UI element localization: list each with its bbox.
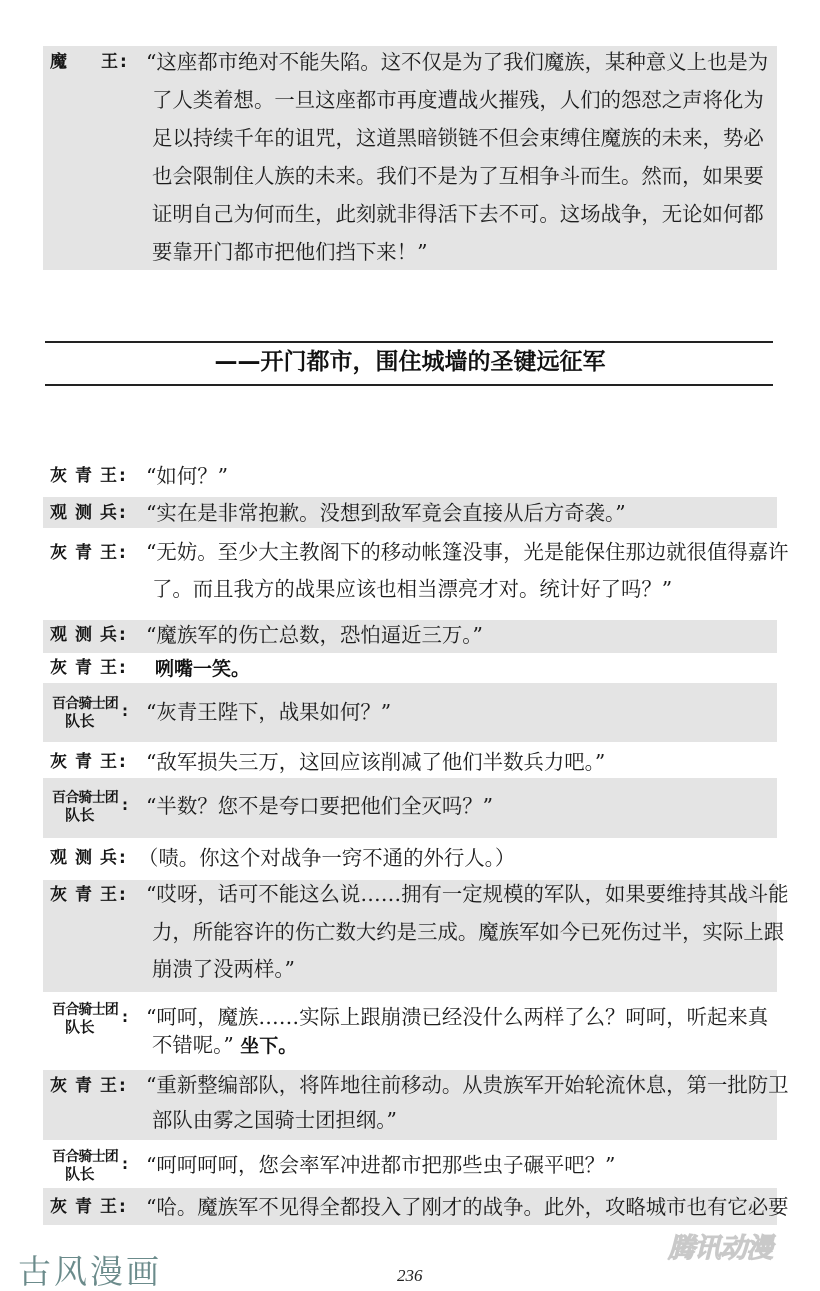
speaker-label: 百合骑士团 队长 :	[50, 696, 130, 730]
text-line: 了。而且我方的战果应该也相当漂亮才对。统计好了吗？”	[146, 571, 789, 608]
dialogue-row: 灰青王: “无妨。至少大主教阁下的移动帐篷没事，光是能保住那边就很值得嘉许 了。…	[43, 528, 777, 620]
speaker-label: 百合骑士团 队长 :	[50, 1002, 130, 1036]
text-line: “半数？您不是夸口要把他们全灭吗？”	[146, 788, 493, 824]
dialogue-row: 灰青王: “如何？”	[43, 458, 777, 495]
speaker-colon: :	[119, 503, 126, 523]
speaker-name-line1: 百合骑士团	[52, 696, 118, 712]
section-title: ——开门都市，围住城墙的圣键远征军	[43, 348, 777, 376]
text-line: 要靠开门都市把他们挡下来！”	[146, 233, 768, 271]
speaker-name-line1: 百合骑士团	[52, 1002, 118, 1018]
speaker-label: 灰青王:	[50, 884, 126, 906]
speaker-name: 灰青王	[50, 1076, 125, 1096]
speaker-colon: :	[119, 848, 126, 868]
speaker-label: 灰青王:	[50, 1075, 126, 1097]
speaker-label: 观测兵:	[50, 502, 126, 524]
speaker-label: 观测兵:	[50, 847, 126, 869]
speaker-colon: :	[122, 1155, 128, 1173]
speaker-label: 灰青王:	[50, 657, 126, 679]
text-line-content: 不错呢。”	[152, 1033, 234, 1057]
speaker-name: 灰青王	[50, 885, 125, 905]
dialogue-text: 咧嘴一笑。	[155, 650, 250, 687]
speaker-label: 灰青王:	[50, 465, 126, 487]
speaker-name: 灰青王	[50, 543, 125, 563]
dialogue-text: “哎呀，话可不能这么说……拥有一定规模的军队，如果要维持其战斗能 力，所能容许的…	[146, 876, 789, 989]
speaker-label: 灰青王:	[50, 751, 126, 773]
dialogue-row: 灰青王: 咧嘴一笑。	[43, 653, 777, 683]
dialogue-text: “敌军损失三万，这回应该削减了他们半数兵力吧。”	[146, 744, 605, 780]
dialogue-text: “半数？您不是夸口要把他们全灭吗？”	[146, 788, 493, 824]
text-line: 崩溃了没两样。”	[146, 951, 789, 989]
dialogue-row: 观测兵: “实在是非常抱歉。没想到敌军竟会直接从后方奇袭。”	[43, 497, 777, 528]
dialogue-text: “灰青王陛下，战果如何？”	[146, 694, 391, 730]
speaker-colon: :	[119, 1197, 126, 1217]
text-line: 了人类着想。一旦这座都市再度遭战火摧残，人们的怨怼之声将化为	[146, 81, 768, 119]
speaker-label: 百合骑士团 队长 :	[50, 1149, 130, 1183]
dialogue-text: “无妨。至少大主教阁下的移动帐篷没事，光是能保住那边就很值得嘉许 了。而且我方的…	[146, 534, 789, 608]
book-page: 魔王: “这座都市绝对不能失陷。这不仅是为了我们魔族，某种意义上也是为 了人类着…	[0, 0, 820, 1291]
speaker-label: 百合骑士团 队长 :	[50, 790, 130, 824]
speaker-colon: :	[122, 796, 128, 814]
speaker-colon: :	[119, 885, 126, 905]
speaker-colon: :	[119, 658, 126, 678]
text-line: （啧。你这个对战争一窍不通的外行人。）	[138, 840, 515, 876]
speaker-name-line2: 队长	[65, 1166, 94, 1182]
dialogue-text: “魔族军的伤亡总数，恐怕逼近三万。”	[146, 617, 483, 653]
speaker-colon: :	[122, 702, 128, 720]
section-rule-top	[45, 341, 773, 343]
text-line: “敌军损失三万，这回应该削减了他们半数兵力吧。”	[146, 744, 605, 780]
dialogue-row: 百合骑士团 队长 : “灰青王陛下，战果如何？”	[43, 683, 777, 742]
speaker-name: 灰青王	[50, 466, 125, 486]
text-line: 足以持续千年的诅咒，这道黑暗锁链不但会束缚住魔族的未来，势必	[146, 119, 768, 157]
text-line: 不错呢。” 坐下。	[146, 1031, 768, 1060]
text-line: 也会限制住人族的未来。我们不是为了互相争斗而生。然而，如果要	[146, 157, 768, 195]
dialogue-text: “实在是非常抱歉。没想到敌军竟会直接从后方奇袭。”	[146, 495, 626, 531]
dialogue-row: 观测兵: （啧。你这个对战争一窍不通的外行人。）	[43, 838, 777, 880]
speaker-colon: :	[119, 466, 126, 486]
speaker-name: 观测兵	[50, 625, 125, 645]
speaker-name: 观测兵	[50, 848, 125, 868]
speaker-name: 灰青王	[50, 658, 125, 678]
watermark-gufeng: 古风漫画	[18, 1252, 162, 1291]
text-line: “实在是非常抱歉。没想到敌军竟会直接从后方奇袭。”	[146, 495, 626, 531]
dialogue-text: “呵呵，魔族……实际上跟崩溃已经没什么两样了么？呵呵，听起来真 不错呢。” 坐下…	[146, 1003, 768, 1060]
text-line: “魔族军的伤亡总数，恐怕逼近三万。”	[146, 617, 483, 653]
text-line: “无妨。至少大主教阁下的移动帐篷没事，光是能保住那边就很值得嘉许	[146, 534, 789, 571]
text-line: “呵呵呵呵，您会率军冲进都市把那些虫子碾平吧？”	[146, 1147, 615, 1183]
speaker-colon: :	[119, 752, 126, 772]
speaker-colon: :	[122, 1008, 128, 1026]
dialogue-row: 灰青王: “哎呀，话可不能这么说……拥有一定规模的军队，如果要维持其战斗能 力，…	[43, 880, 777, 992]
speaker-name-line1: 百合骑士团	[52, 1149, 118, 1165]
text-line: “灰青王陛下，战果如何？”	[146, 694, 391, 730]
dialogue-row: 百合骑士团 队长 : “呵呵呵呵，您会率军冲进都市把那些虫子碾平吧？”	[43, 1140, 777, 1188]
speaker-label: 观测兵:	[50, 624, 126, 646]
text-line: “哎呀，话可不能这么说……拥有一定规模的军队，如果要维持其战斗能	[146, 876, 789, 914]
text-line: “哈。魔族军不见得全都投入了刚才的战争。此外，攻略城市也有它必要	[146, 1189, 789, 1225]
speaker-name: 观测兵	[50, 503, 125, 523]
watermark-tencent-comics: 腾讯动漫	[668, 1233, 772, 1265]
speaker-name: 灰青王	[50, 1197, 125, 1217]
dialogue-text: “重新整编部队，将阵地往前移动。从贵族军开始轮流休息，第一批防卫 部队由雾之国骑…	[146, 1068, 789, 1138]
dialogue-text: “这座都市绝对不能失陷。这不仅是为了我们魔族，某种意义上也是为 了人类着想。一旦…	[146, 43, 768, 271]
dialogue-text: （啧。你这个对战争一窍不通的外行人。）	[138, 840, 515, 876]
speaker-label: 魔王:	[50, 51, 127, 73]
text-line: “这座都市绝对不能失陷。这不仅是为了我们魔族，某种意义上也是为	[146, 43, 768, 81]
text-line: 部队由雾之国骑士团担纲。”	[146, 1103, 789, 1138]
text-line: “呵呵，魔族……实际上跟崩溃已经没什么两样了么？呵呵，听起来真	[146, 1003, 768, 1031]
dialogue-row: 百合骑士团 队长 : “呵呵，魔族……实际上跟崩溃已经没什么两样了么？呵呵，听起…	[43, 992, 777, 1070]
speaker-label: 灰青王:	[50, 542, 126, 564]
speaker-name-line2: 队长	[65, 713, 94, 729]
speaker-colon: :	[119, 1076, 126, 1096]
stage-direction: 咧嘴一笑。	[155, 658, 250, 680]
dialogue-row: 灰青王: “敌军损失三万，这回应该削减了他们半数兵力吧。”	[43, 742, 777, 778]
intro-dialogue-block: 魔王: “这座都市绝对不能失陷。这不仅是为了我们魔族，某种意义上也是为 了人类着…	[43, 46, 777, 270]
dialogue-row: 百合骑士团 队长 : “半数？您不是夸口要把他们全灭吗？”	[43, 778, 777, 838]
speaker-colon: :	[119, 625, 126, 645]
page-number: 236	[397, 1266, 423, 1286]
dialogue-row: 灰青王: “哈。魔族军不见得全都投入了刚才的战争。此外，攻略城市也有它必要	[43, 1188, 777, 1225]
text-line: 力，所能容许的伤亡数大约是三成。魔族军如今已死伤过半，实际上跟	[146, 914, 789, 952]
speaker-colon: :	[119, 543, 126, 563]
speaker-name: 灰青王	[50, 752, 125, 772]
dialogue-text: “如何？”	[146, 458, 228, 494]
speaker-name-line2: 队长	[65, 807, 94, 823]
speaker-colon: :	[120, 52, 127, 72]
section-rule-bottom	[45, 384, 773, 386]
dialogue-row: 灰青王: “重新整编部队，将阵地往前移动。从贵族军开始轮流休息，第一批防卫 部队…	[43, 1070, 777, 1140]
dialogue-row: 观测兵: “魔族军的伤亡总数，恐怕逼近三万。”	[43, 620, 777, 653]
speaker-name-line2: 队长	[65, 1019, 94, 1035]
speaker-name-line1: 百合骑士团	[52, 790, 118, 806]
speaker-label: 灰青王:	[50, 1196, 126, 1218]
dialogue-text: “哈。魔族军不见得全都投入了刚才的战争。此外，攻略城市也有它必要	[146, 1189, 789, 1225]
text-line: “如何？”	[146, 458, 228, 494]
stage-direction: 坐下。	[240, 1035, 297, 1057]
text-line: “重新整编部队，将阵地往前移动。从贵族军开始轮流休息，第一批防卫	[146, 1068, 789, 1103]
text-line: 证明自己为何而生，此刻就非得活下去不可。这场战争，无论如何都	[146, 195, 768, 233]
speaker-name: 魔王	[50, 52, 152, 72]
dialogue-text: “呵呵呵呵，您会率军冲进都市把那些虫子碾平吧？”	[146, 1147, 615, 1183]
